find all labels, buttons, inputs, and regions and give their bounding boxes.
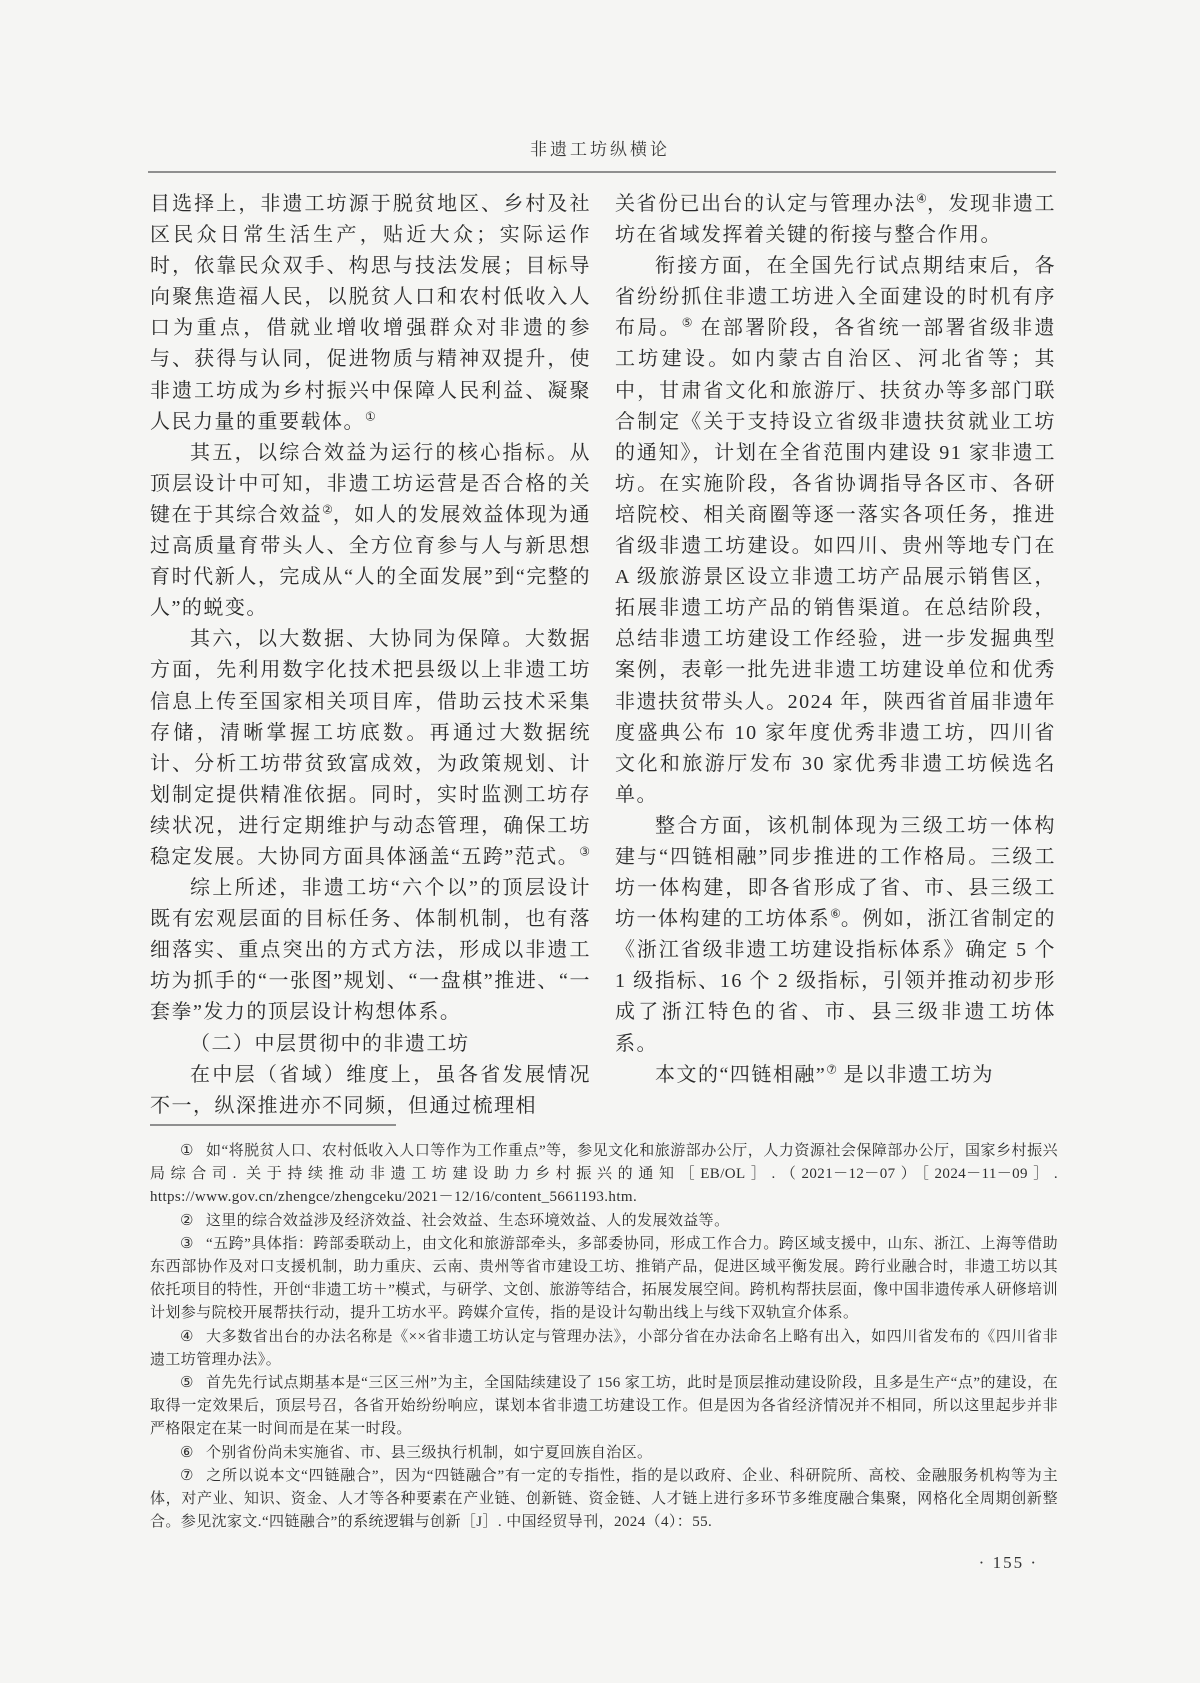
footnote-ref: ① [365,409,376,423]
footnote-marker: ⑥ [180,1445,194,1461]
footnotes-section: ①如“将脱贫人口、农村低收入人口等作为工作重点”等，参见文化和旅游部办公厅，人力… [150,1140,1058,1534]
footnote-ref: ④ [916,191,927,205]
footnote-item: ⑥个别省份尚未实施省、市、县三级执行机制，如宁夏回族自治区。 [150,1442,1058,1465]
header-rule [148,171,1056,173]
footnote-marker: ④ [180,1329,194,1345]
footnote-marker: ② [180,1213,194,1229]
body-text-area: 目选择上，非遗工坊源于脱贫地区、乡村及社区民众日常生活生产，贴近大众；实际运作时… [150,189,1056,1126]
footnote-item: ③“五跨”具体指：跨部委联动上，由文化和旅游部牵头，多部委协同，形成工作合力。跨… [150,1233,1058,1326]
section-subheading: （二）中层贯彻中的非遗工坊 [150,1029,591,1060]
body-paragraph: 在中层（省域）维度上，虽各省发展情况不一，纵深推进亦不同频，但通过梳理相 [150,1060,591,1122]
body-paragraph: 关省份已出台的认定与管理办法④，发现非遗工坊在省域发挥着关键的衔接与整合作用。 [615,189,1056,251]
footnote-separator [150,1124,396,1126]
footnote-ref: ⑦ [826,1062,837,1076]
footnote-marker: ① [180,1143,194,1159]
text-column-right: 关省份已出台的认定与管理办法④，发现非遗工坊在省域发挥着关键的衔接与整合作用。衔… [615,189,1056,1126]
footnote-ref: ⑤ [682,316,694,330]
footnote-marker: ③ [180,1236,194,1252]
body-paragraph: 目选择上，非遗工坊源于脱贫地区、乡村及社区民众日常生活生产，贴近大众；实际运作时… [150,189,591,438]
body-paragraph: 其五，以综合效益为运行的核心指标。从顶层设计中可知，非遗工坊运营是否合格的关键在… [150,438,591,625]
footnote-item: ④大多数省出台的办法名称是《××省非遗工坊认定与管理办法》，小部分省在办法命名上… [150,1326,1058,1372]
page-header-title: 非遗工坊纵横论 [0,135,1200,160]
footnote-ref: ③ [579,844,590,858]
footnote-item: ⑤首先先行试点期基本是“三区三州”为主，全国陆续建设了 156 家工坊，此时是顶… [150,1372,1058,1442]
footnote-ref: ⑥ [830,907,841,921]
footnote-ref: ② [322,502,333,516]
body-paragraph: 综上所述，非遗工坊“六个以”的顶层设计既有宏观层面的目标任务、体制机制，也有落细… [150,873,591,1028]
footnote-marker: ⑦ [180,1468,194,1484]
text-column-left: 目选择上，非遗工坊源于脱贫地区、乡村及社区民众日常生活生产，贴近大众；实际运作时… [150,189,591,1126]
body-paragraph: 其六，以大数据、大协同为保障。大数据方面，先利用数字化技术把县级以上非遗工坊信息… [150,624,591,873]
body-paragraph: 衔接方面，在全国先行试点期结束后，各省纷纷抓住非遗工坊进入全面建设的时机有序布局… [615,251,1056,811]
body-paragraph: 整合方面，该机制体现为三级工坊一体构建与“四链相融”同步推进的工作格局。三级工坊… [615,811,1056,1060]
footnote-item: ⑦之所以说本文“四链融合”，因为“四链融合”有一定的专指性，指的是以政府、企业、… [150,1465,1058,1535]
body-paragraph: 本文的“四链相融”⑦ 是以非遗工坊为 [615,1060,1056,1091]
footnote-item: ①如“将脱贫人口、农村低收入人口等作为工作重点”等，参见文化和旅游部办公厅，人力… [150,1140,1058,1210]
page-number: · 155 · [150,1553,1056,1573]
footnote-item: ②这里的综合效益涉及经济效益、社会效益、生态环境效益、人的发展效益等。 [150,1210,1058,1233]
footnote-marker: ⑤ [180,1375,194,1391]
